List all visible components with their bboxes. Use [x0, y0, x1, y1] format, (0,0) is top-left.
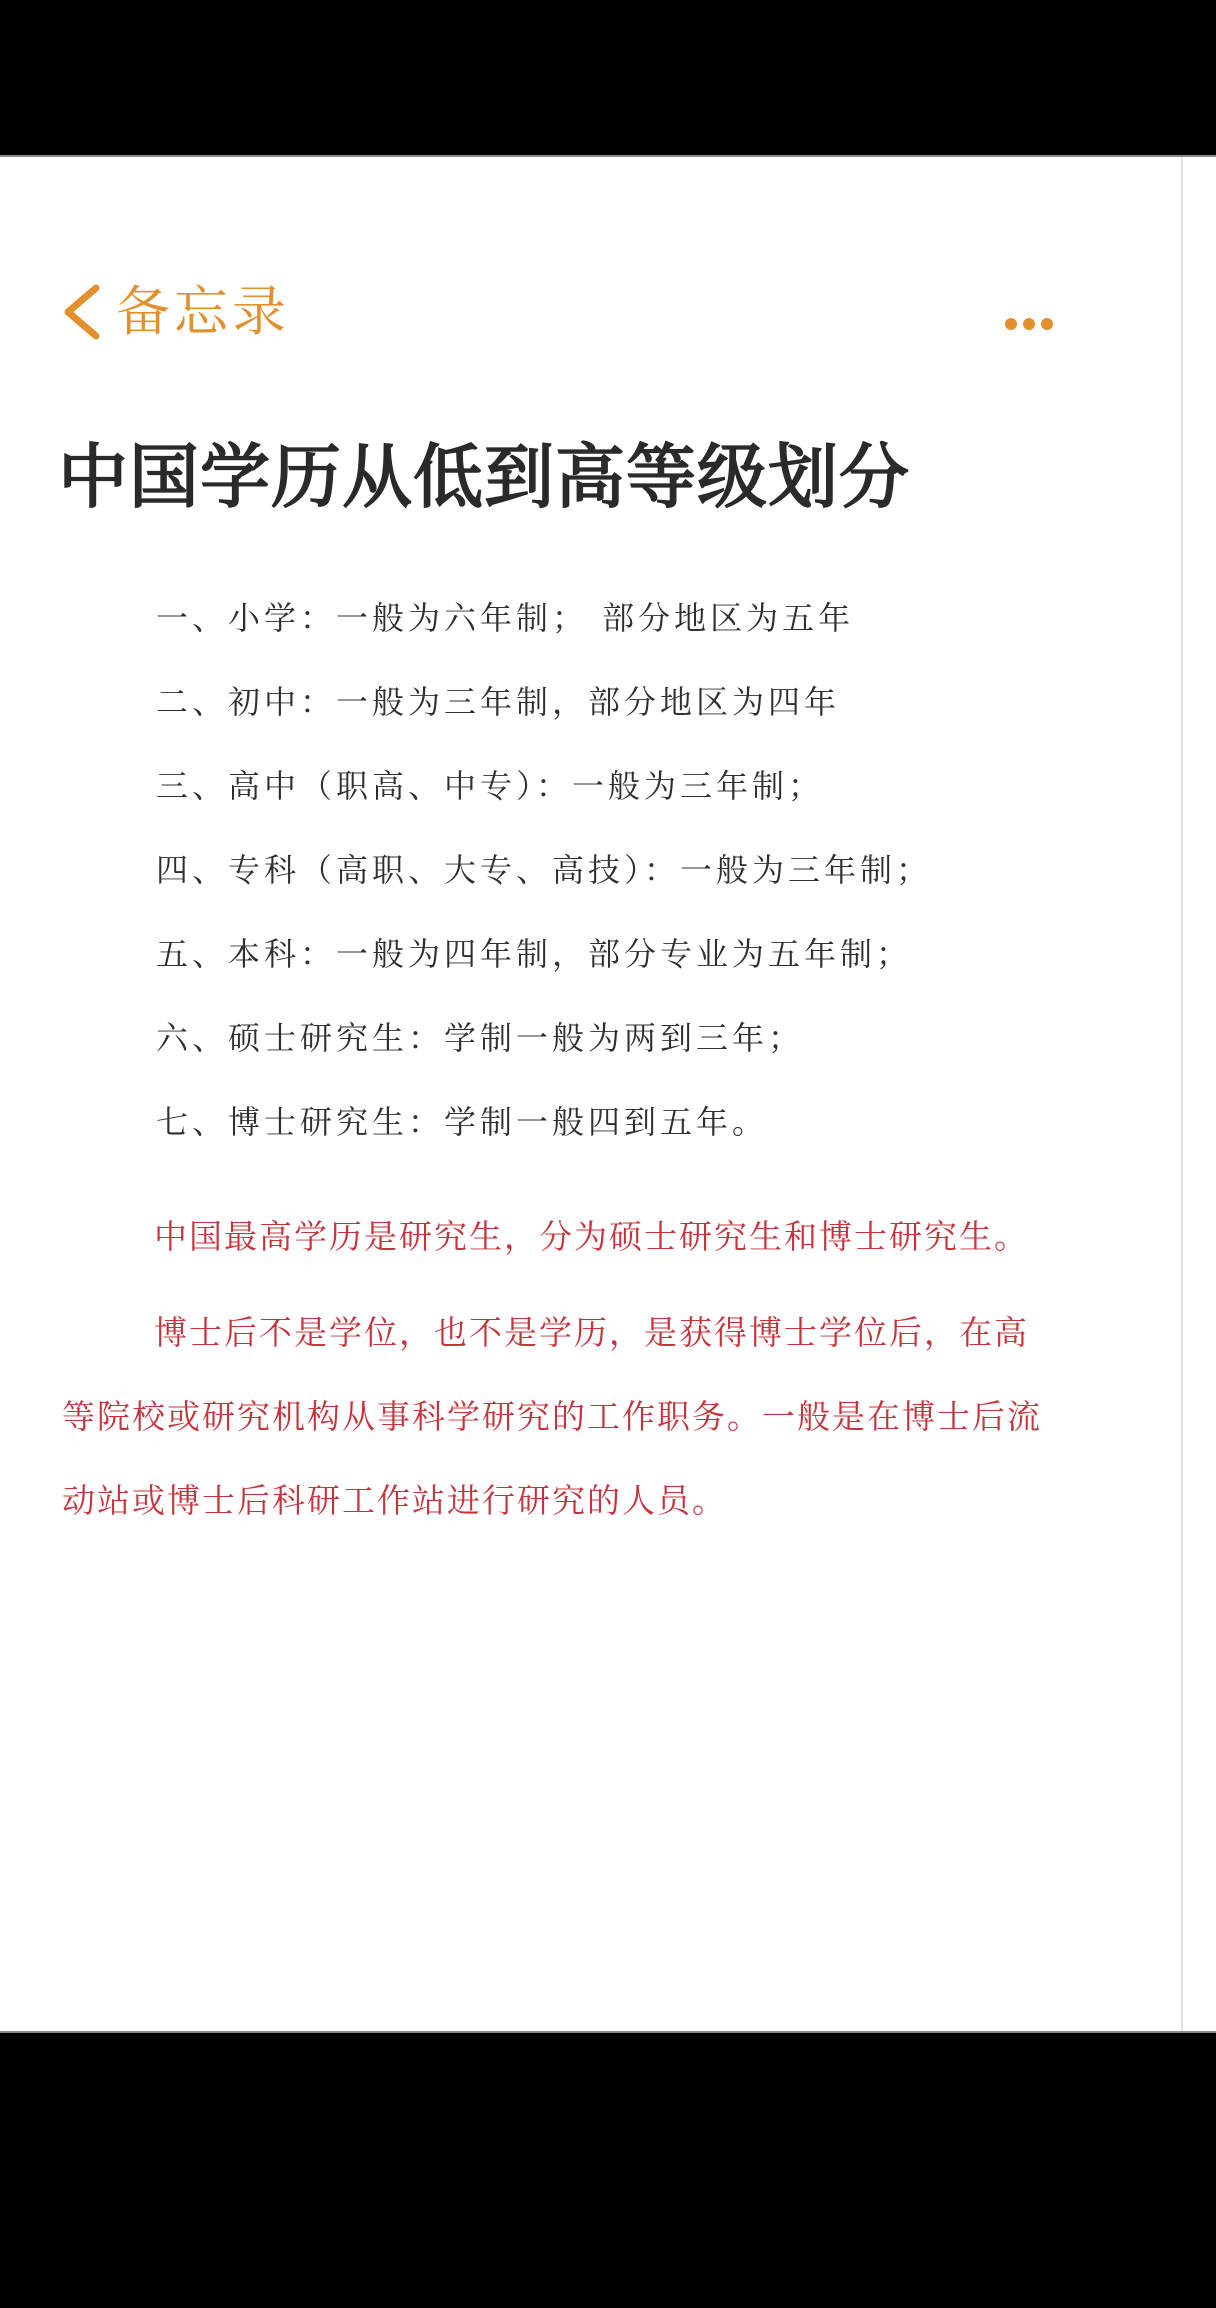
note-paragraph-highest-degree: 中国最高学历是研究生，分为硕士研究生和博士研究生。 — [62, 1195, 1062, 1279]
list-item: 五、本科：一般为四年制，部分专业为五年制； — [156, 926, 932, 1010]
highlight-notes: 中国最高学历是研究生，分为硕士研究生和博士研究生。 博士后不是学位，也不是学历，… — [62, 1195, 1062, 1543]
top-black-band — [0, 0, 1216, 155]
chevron-left-icon — [56, 282, 106, 342]
note-paragraph-postdoc: 博士后不是学位，也不是学历，是获得博士学位后，在高等院校或研究机构从事科学研究的… — [62, 1291, 1062, 1543]
back-button[interactable]: 备忘录 — [56, 282, 290, 342]
list-item: 七、博士研究生：学制一般四到五年。 — [156, 1094, 932, 1178]
list-item: 四、专科（高职、大专、高技）：一般为三年制； — [156, 842, 932, 926]
list-item: 二、初中：一般为三年制，部分地区为四年 — [156, 674, 932, 758]
education-levels-list: 一、小学：一般为六年制； 部分地区为五年 二、初中：一般为三年制，部分地区为四年… — [156, 590, 932, 1178]
list-item: 六、硕士研究生：学制一般为两到三年； — [156, 1010, 932, 1094]
note-title: 中国学历从低到高等级划分 — [58, 432, 910, 522]
more-options-button[interactable] — [1005, 318, 1053, 330]
list-item: 一、小学：一般为六年制； 部分地区为五年 — [156, 590, 932, 674]
more-horizontal-icon — [1005, 318, 1017, 330]
back-label: 备忘录 — [116, 282, 290, 342]
panel-edge-divider — [1181, 157, 1183, 2031]
bottom-black-band — [0, 2033, 1216, 2308]
more-horizontal-icon — [1023, 318, 1035, 330]
more-horizontal-icon — [1041, 318, 1053, 330]
list-item: 三、高中（职高、中专）：一般为三年制； — [156, 758, 932, 842]
